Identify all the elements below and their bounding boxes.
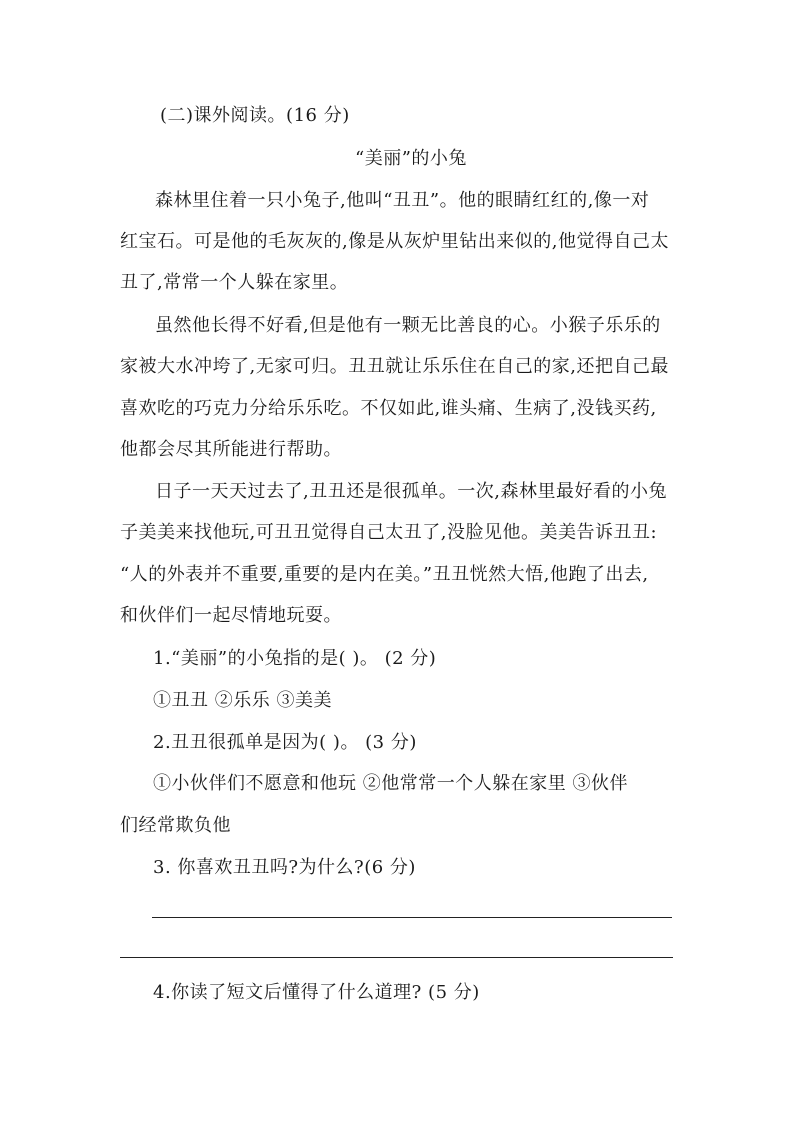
passage-line: 日子一天天过去了,丑丑还是很孤单。一次,森林里最好看的小兔 — [155, 480, 667, 504]
passage-line: 红宝石。可是他的毛灰灰的,像是从灰炉里钻出来似的,他觉得自己太 — [120, 230, 669, 254]
passage-line: 子美美来找他玩,可丑丑觉得自己太丑了,没脸见他。美美告诉丑丑: — [120, 521, 657, 545]
section-heading: (二)课外阅读。(16 分) — [160, 104, 350, 128]
passage-line: 虽然他长得不好看,但是他有一颗无比善良的心。小猴子乐乐的 — [155, 314, 661, 338]
passage-line: 喜欢吃的巧克力分给乐乐吃。不仅如此,谁头痛、生病了,没钱买药, — [120, 397, 657, 421]
passage-line: 家被大水冲垮了,无家可归。丑丑就让乐乐住在自己的家,还把自己最 — [120, 355, 669, 379]
question-4: 4.你读了短文后懂得了什么道理? (5 分) — [153, 981, 480, 1005]
passage-title: “美丽”的小兔 — [355, 147, 467, 171]
passage-line: 他都会尽其所能进行帮助。 — [120, 438, 342, 462]
question-1: 1.“美丽”的小兔指的是( )。 (2 分) — [153, 647, 436, 671]
question-2: 2.丑丑很孤单是因为( )。 (3 分) — [153, 731, 417, 755]
question-1-options: ①丑丑 ②乐乐 ③美美 — [153, 689, 332, 713]
question-2-options: ①小伙伴们不愿意和他玩 ②他常常一个人躲在家里 ③伙伴 — [153, 772, 628, 796]
answer-line-1[interactable] — [152, 917, 672, 918]
answer-line-2[interactable] — [120, 957, 673, 958]
question-2-options-cont: 们经常欺负他 — [120, 814, 231, 838]
passage-line: 和伙伴们一起尽情地玩耍。 — [120, 604, 342, 628]
passage-line: “人的外表并不重要,重要的是内在美。”丑丑恍然大悟,他跑了出去, — [120, 563, 649, 587]
passage-line: 丑了,常常一个人躲在家里。 — [120, 271, 348, 295]
question-3: 3. 你喜欢丑丑吗?为什么?(6 分) — [153, 856, 416, 880]
passage-line: 森林里住着一只小兔子,他叫“丑丑”。他的眼睛红红的,像一对 — [155, 189, 649, 213]
